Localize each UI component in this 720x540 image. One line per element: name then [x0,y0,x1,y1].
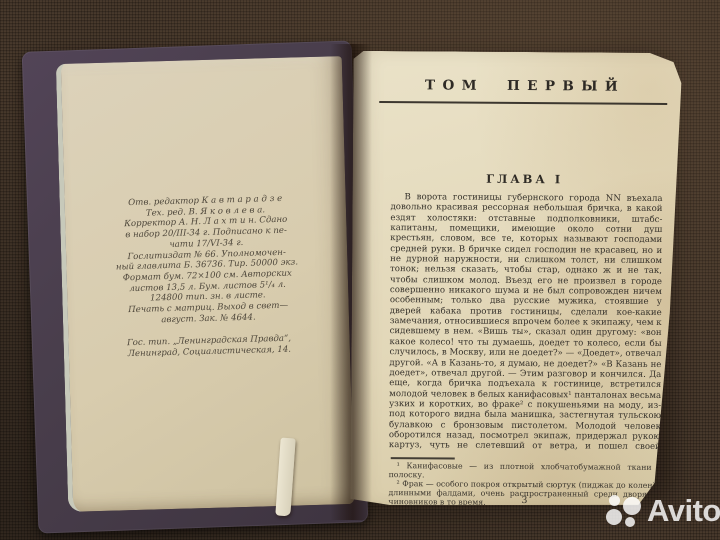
text-line: ¹ Канифасовые — из плотной хлобчатобумаж… [389,461,663,481]
photo-of-open-book: Отв. редактор К а в т а р а д з еТех. ре… [0,0,720,540]
left-page-colophon: Отв. редактор К а в т а р а д з еТех. ре… [56,56,354,512]
avito-watermark: Avito [606,494,720,528]
right-page-chapter-one: ТОМ ПЕРВЫЙ ГЛАВА I В ворота гостиницы гу… [350,51,689,507]
body-text: В ворота гостиницы губернского города NN… [389,192,663,452]
avito-wordmark: Avito [647,494,720,528]
volume-title: ТОМ ПЕРВЫЙ [367,77,675,95]
avito-logo-icon [606,494,642,528]
colophon-text: Отв. редактор К а в т а р а д з еТех. ре… [89,193,325,328]
title-rule [379,101,667,105]
chapter-heading: ГЛАВА I [387,171,663,187]
printer-imprint-text: Гос. тип. „Ленинградская Правда“,Ленингр… [92,333,326,361]
footnote-rule [391,457,455,459]
